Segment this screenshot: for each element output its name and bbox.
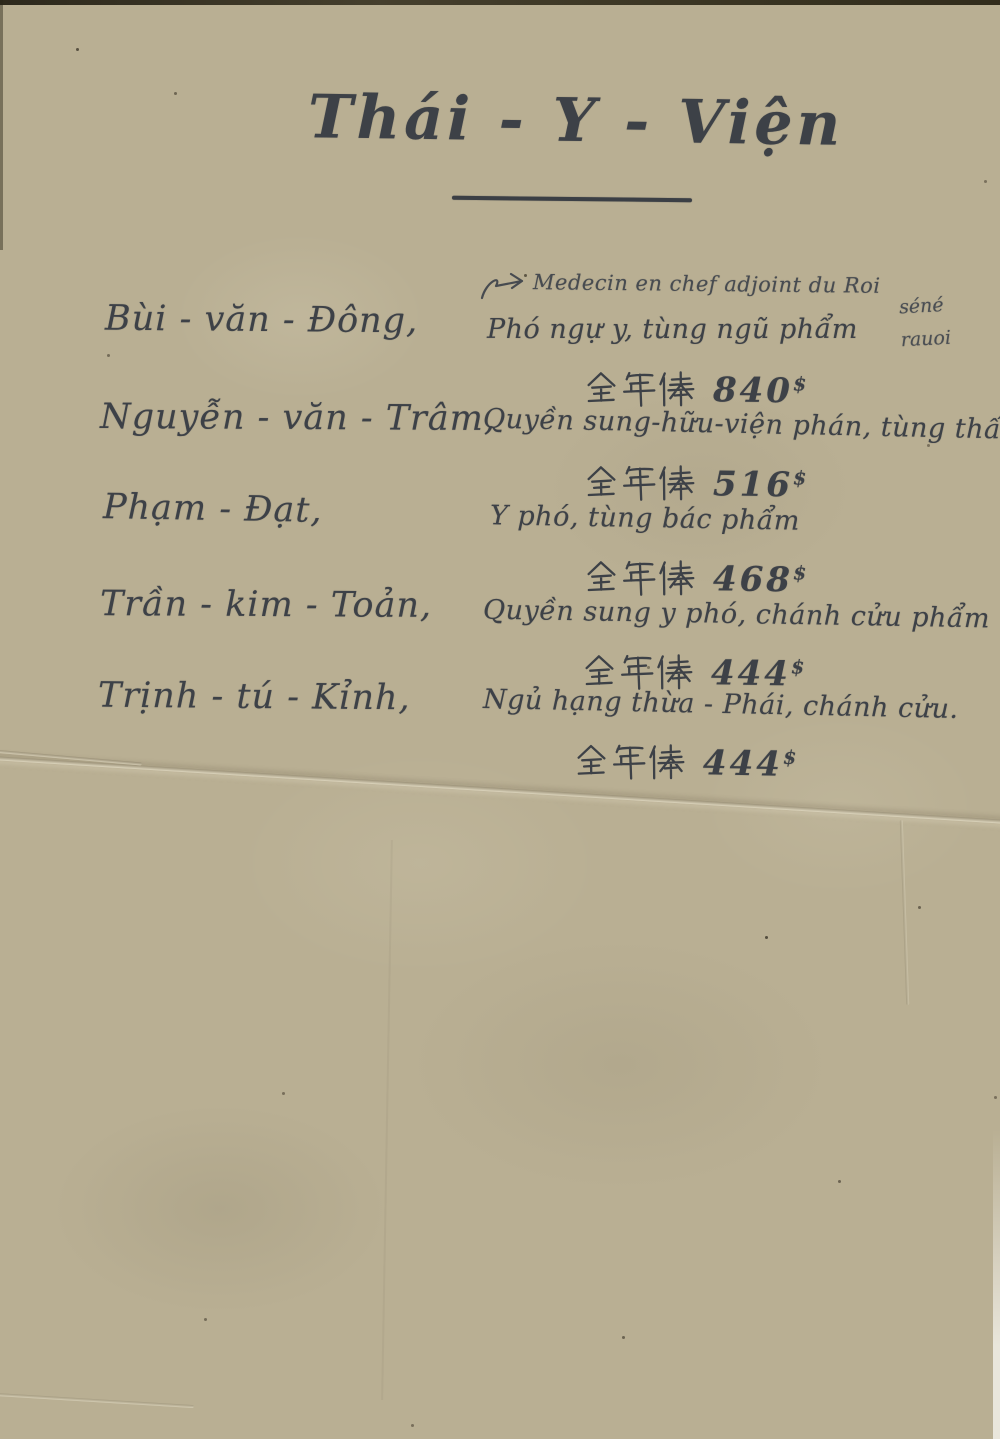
piastre-sign: $ xyxy=(793,373,807,395)
entry-1-french-annotation: Medecin en chef adjoint du Roi xyxy=(533,270,881,298)
piastre-sign: $ xyxy=(791,656,805,678)
paper-left-edge-shadow xyxy=(0,0,3,250)
salary-amount: 468$ xyxy=(713,559,807,600)
entry-1-side-note: séné rauoi xyxy=(898,289,952,358)
entry-salary-1: 840$ xyxy=(585,368,807,411)
paper-top-edge-shadow xyxy=(0,0,1000,5)
cjk-annual-salary-label xyxy=(575,742,688,783)
piastre-sign: $ xyxy=(793,562,807,584)
entry-name-1: Bùi - văn - Đông, xyxy=(105,299,419,342)
cjk-annual-salary-label xyxy=(583,652,696,693)
entry-name-5: Trịnh - tú - Kỉnh, xyxy=(98,676,411,719)
entry-salary-2: 516$ xyxy=(585,462,807,505)
cjk-annual-salary-label xyxy=(585,558,698,599)
ink-specks xyxy=(76,48,79,51)
entry-position-3: Y phó, tùng bác phẩm xyxy=(490,500,800,536)
cjk-annual-salary-label xyxy=(585,463,698,504)
paper-right-edge-highlight xyxy=(993,1129,1000,1439)
salary-amount: 840$ xyxy=(713,370,807,411)
entry-name-2: Nguyễn - văn - Trâm, xyxy=(100,397,496,439)
cjk-annual-salary-label xyxy=(585,369,698,410)
salary-amount: 444$ xyxy=(711,653,805,694)
document-photo: { "palette": { "ink": "#3d4147", "paper_… xyxy=(0,0,1000,1439)
entry-name-4: Trần - kim - Toản, xyxy=(100,584,432,626)
entry-salary-3: 468$ xyxy=(585,557,807,600)
entry-salary-4: 444$ xyxy=(583,651,805,694)
piastre-sign: $ xyxy=(783,747,797,769)
entry-position-1: Phó ngự y, tùng ngũ phẩm xyxy=(487,314,858,345)
arrow-icon xyxy=(478,270,530,302)
piastre-sign: $ xyxy=(793,467,807,489)
salary-amount: 516$ xyxy=(713,464,807,505)
side-note-line-1: séné xyxy=(898,289,950,325)
document-title: Thái - Y - Viện xyxy=(308,82,845,159)
entry-salary-5: 444$ xyxy=(575,741,797,785)
side-note-line-2: rauoi xyxy=(900,322,952,358)
entry-name-3: Phạm - Đạt, xyxy=(103,487,323,531)
salary-amount: 444$ xyxy=(703,743,797,785)
